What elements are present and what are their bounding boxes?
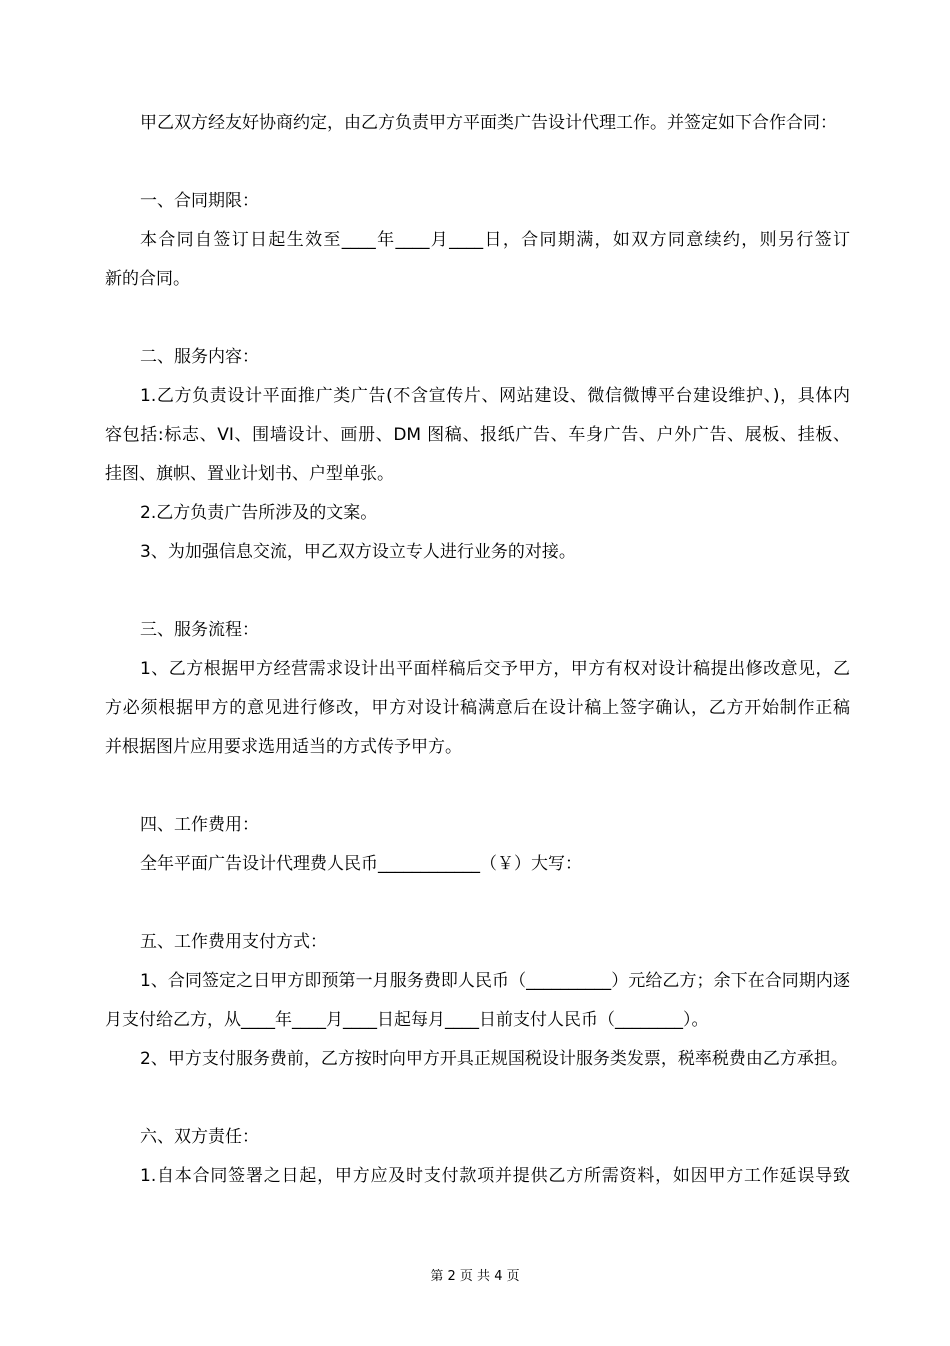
section-heading: 五、工作费用支付方式： bbox=[105, 923, 850, 962]
section-service-content: 二、服务内容： 1.乙方负责设计平面推广类广告(不含宣传片、网站建设、微信微博平… bbox=[105, 338, 850, 572]
paragraph-line: 新的合同。 bbox=[105, 260, 850, 299]
section-heading: 六、双方责任： bbox=[105, 1118, 850, 1157]
paragraph-line: 月支付给乙方，从____年____月____日起每月____日前支付人民币（__… bbox=[105, 1001, 850, 1040]
paragraph-line: 全年平面广告设计代理费人民币____________（￥）大写： bbox=[105, 845, 850, 884]
paragraph-line: 2.乙方负责广告所涉及的文案。 bbox=[105, 494, 850, 533]
section-heading: 三、服务流程： bbox=[105, 611, 850, 650]
paragraph-line: 并根据图片应用要求选用适当的方式传予甲方。 bbox=[105, 728, 850, 767]
section-heading: 四、工作费用： bbox=[105, 806, 850, 845]
paragraph-line: 1.自本合同签署之日起，甲方应及时支付款项并提供乙方所需资料，如因甲方工作延误导… bbox=[105, 1157, 850, 1196]
section-payment-method: 五、工作费用支付方式： 1、合同签定之日甲方即预第一月服务费即人民币（_____… bbox=[105, 923, 850, 1079]
paragraph-line: 挂图、旗帜、置业计划书、户型单张。 bbox=[105, 455, 850, 494]
paragraph-line: 1.乙方负责设计平面推广类广告(不含宣传片、网站建设、微信微博平台建设维护、)，… bbox=[105, 377, 850, 416]
section-contract-term: 一、合同期限： 本合同自签订日起生效至____年____月____日，合同期满，… bbox=[105, 182, 850, 299]
section-work-fee: 四、工作费用： 全年平面广告设计代理费人民币____________（￥）大写： bbox=[105, 806, 850, 884]
paragraph-line: 容包括:标志、VI、围墙设计、画册、DM 图稿、报纸广告、车身广告、户外广告、展… bbox=[105, 416, 850, 455]
paragraph-line: 1、合同签定之日甲方即预第一月服务费即人民币（__________）元给乙方；余… bbox=[105, 962, 850, 1001]
paragraph-line: 方必须根据甲方的意见进行修改，甲方对设计稿满意后在设计稿上签字确认，乙方开始制作… bbox=[105, 689, 850, 728]
paragraph-line: 3、为加强信息交流，甲乙双方设立专人进行业务的对接。 bbox=[105, 533, 850, 572]
paragraph-line: 1、乙方根据甲方经营需求设计出平面样稿后交予甲方，甲方有权对设计稿提出修改意见，… bbox=[105, 650, 850, 689]
intro-paragraph: 甲乙双方经友好协商约定，由乙方负责甲方平面类广告设计代理工作。并签定如下合作合同… bbox=[105, 104, 850, 143]
section-service-process: 三、服务流程： 1、乙方根据甲方经营需求设计出平面样稿后交予甲方，甲方有权对设计… bbox=[105, 611, 850, 767]
paragraph-line: 本合同自签订日起生效至____年____月____日，合同期满，如双方同意续约，… bbox=[105, 221, 850, 260]
section-heading: 一、合同期限： bbox=[105, 182, 850, 221]
paragraph-line: 2、甲方支付服务费前，乙方按时向甲方开具正规国税设计服务类发票，税率税费由乙方承… bbox=[105, 1040, 850, 1079]
section-heading: 二、服务内容： bbox=[105, 338, 850, 377]
contract-page-body: 甲乙双方经友好协商约定，由乙方负责甲方平面类广告设计代理工作。并签定如下合作合同… bbox=[105, 104, 850, 1196]
page-number-footer: 第 2 页 共 4 页 bbox=[0, 1264, 950, 1290]
section-responsibilities: 六、双方责任： 1.自本合同签署之日起，甲方应及时支付款项并提供乙方所需资料，如… bbox=[105, 1118, 850, 1196]
